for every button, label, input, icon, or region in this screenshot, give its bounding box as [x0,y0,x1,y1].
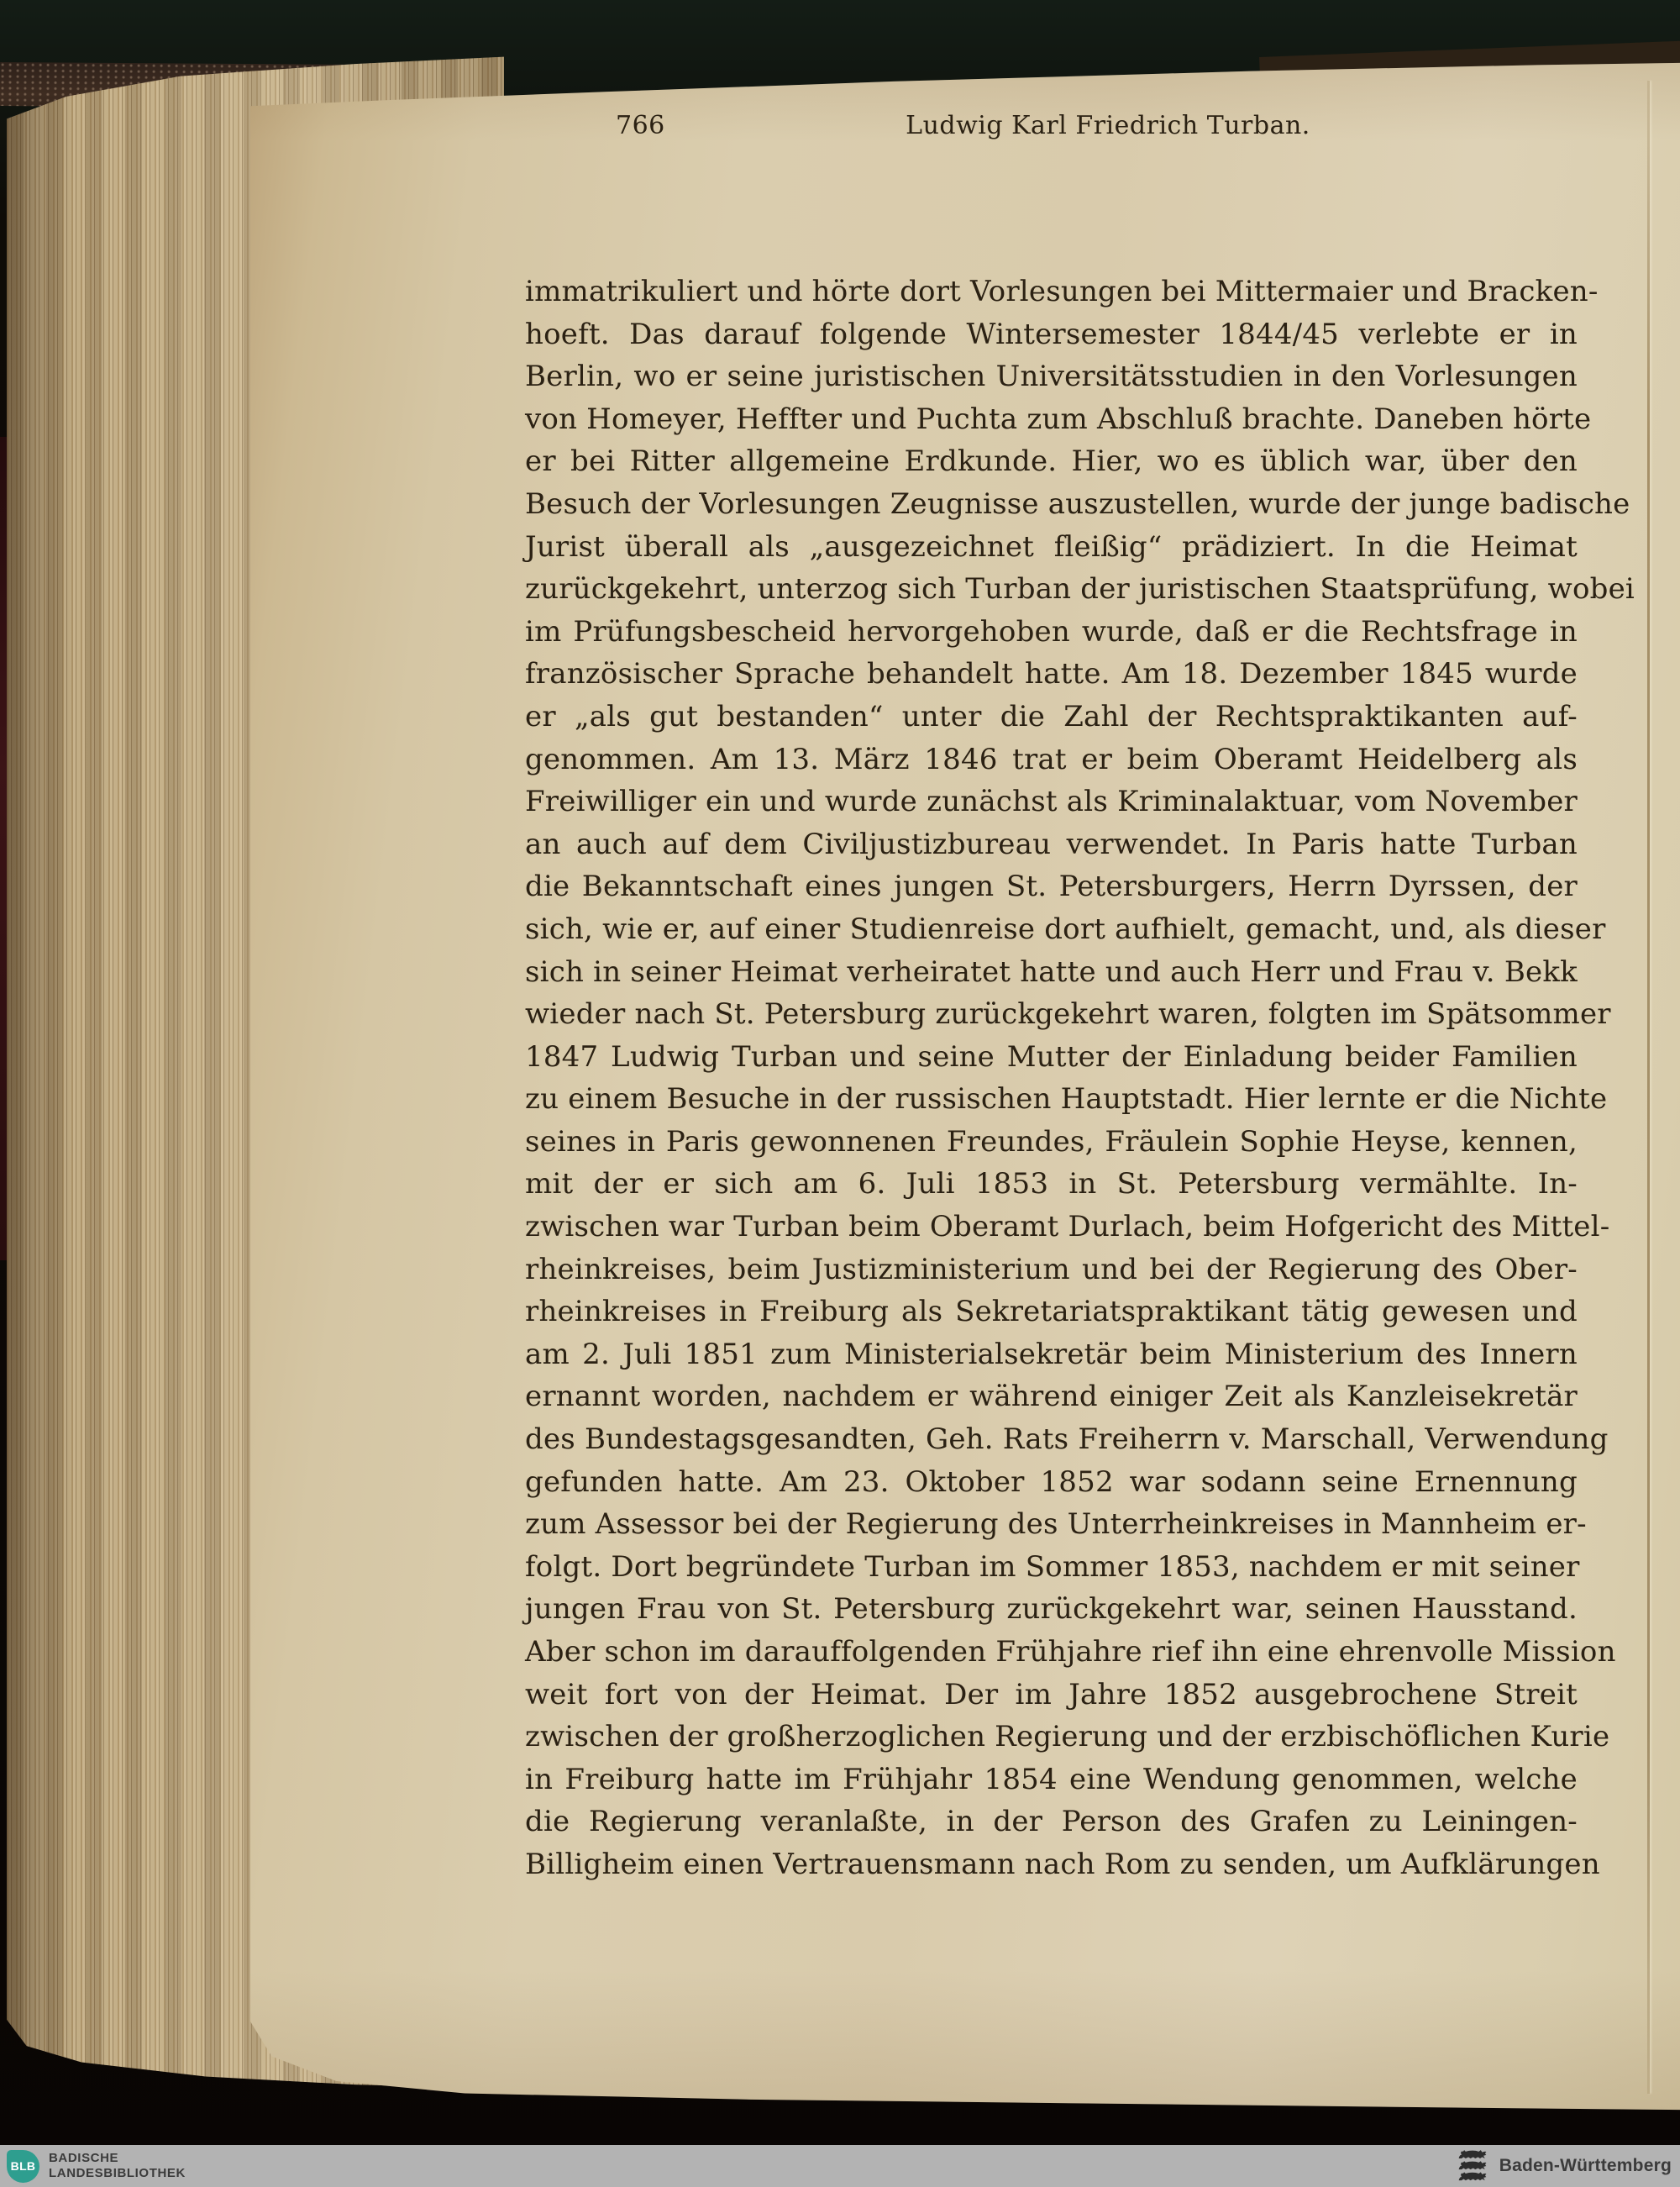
text-line: ernannt worden, nachdem er während einig… [525,1375,1578,1418]
baden-wuerttemberg-logo: Baden-Württemberg [1457,2148,1680,2184]
page-number: 766 [616,111,665,140]
text-line: weit fort von der Heimat. Der im Jahre 1… [525,1674,1578,1716]
text-line: an auch auf dem Civiljustizbureau verwen… [525,823,1578,866]
body-text: immatrikuliert und hörte dort Vorlesunge… [525,271,1578,1886]
text-line: im Prüfungsbescheid hervorgehoben wurde,… [525,611,1578,654]
text-line: folgt. Dort begründete Turban im Sommer … [525,1546,1578,1589]
text-line: zum Assessor bei der Regierung des Unter… [525,1503,1578,1546]
text-line: rheinkreises in Freiburg als Sekretariat… [525,1291,1578,1333]
page-header: 766 Ludwig Karl Friedrich Turban. [525,111,1578,148]
text-line: er „als gut bestanden“ unter die Zahl de… [525,696,1578,739]
text-line: immatrikuliert und hörte dort Vorlesunge… [525,271,1578,313]
blb-logo-text: BLB [11,2159,36,2173]
text-line: er bei Ritter allgemeine Erdkunde. Hier,… [525,440,1578,483]
text-line: französischer Sprache behandelt hatte. A… [525,653,1578,696]
text-line: wieder nach St. Petersburg zurückgekehrt… [525,993,1578,1036]
text-line: zwischen der großherzoglichen Regierung … [525,1716,1578,1759]
library-name: BADISCHE LANDESBIBLIOTHEK [49,2151,186,2182]
text-line: mit der er sich am 6. Juli 1853 in St. P… [525,1163,1578,1206]
text-line: die Regierung veranlaßte, in der Person … [525,1801,1578,1843]
text-line: zurückgekehrt, unterzog sich Turban der … [525,568,1578,611]
book-photograph: 766 Ludwig Karl Friedrich Turban. immatr… [0,0,1680,2145]
text-line: zu einem Besuche in der russischen Haupt… [525,1078,1578,1121]
text-line: in Freiburg hatte im Frühjahr 1854 eine … [525,1759,1578,1801]
text-line: Aber schon im darauffolgenden Frühjahre … [525,1631,1578,1674]
page-crease-line [1647,81,1650,2094]
text-line: rheinkreises, beim Justizministerium und… [525,1249,1578,1291]
library-name-line1: BADISCHE [49,2151,186,2166]
text-line: Besuch der Vorlesungen Zeugnisse auszust… [525,483,1578,526]
text-line: 1847 Ludwig Turban und seine Mutter der … [525,1036,1578,1079]
blb-logo-icon: BLB [7,2150,39,2183]
text-line: am 2. Juli 1851 zum Ministerialsekretär … [525,1333,1578,1376]
running-title: Ludwig Karl Friedrich Turban. [906,111,1310,140]
baden-wuerttemberg-coat-of-arms-icon [1457,2148,1488,2184]
text-line: Freiwilliger ein und wurde zunächst als … [525,781,1578,823]
text-line: sich in seiner Heimat verheiratet hatte … [525,951,1578,994]
book-page: 766 Ludwig Karl Friedrich Turban. immatr… [250,59,1680,2114]
text-line: gefunden hatte. Am 23. Oktober 1852 war … [525,1461,1578,1504]
text-line: genommen. Am 13. März 1846 trat er beim … [525,739,1578,781]
text-line: hoeft. Das darauf folgende Wintersemeste… [525,313,1578,356]
text-line: Berlin, wo er seine juristischen Univers… [525,355,1578,398]
text-line: sich, wie er, auf einer Studienreise dor… [525,908,1578,951]
library-name-line2: LANDESBIBLIOTHEK [49,2166,186,2181]
text-line: von Homeyer, Heffter und Puchta zum Absc… [525,398,1578,441]
text-line: die Bekanntschaft eines jungen St. Peter… [525,865,1578,908]
viewer-footer-bar: BLB BADISCHE LANDESBIBLIOTHEK Baden-Würt… [0,2145,1680,2187]
text-line: des Bundestagsgesandten, Geh. Rats Freih… [525,1418,1578,1461]
text-line: zwischen war Turban beim Oberamt Durlach… [525,1206,1578,1249]
blb-logo: BLB BADISCHE LANDESBIBLIOTHEK [0,2150,186,2183]
text-line: Billigheim einen Vertrauensmann nach Rom… [525,1843,1578,1886]
state-name: Baden-Württemberg [1499,2156,1672,2176]
text-line: Jurist überall als „ausgezeichnet fleißi… [525,526,1578,569]
text-line: jungen Frau von St. Petersburg zurückgek… [525,1588,1578,1631]
text-line: seines in Paris gewonnenen Freundes, Frä… [525,1121,1578,1164]
